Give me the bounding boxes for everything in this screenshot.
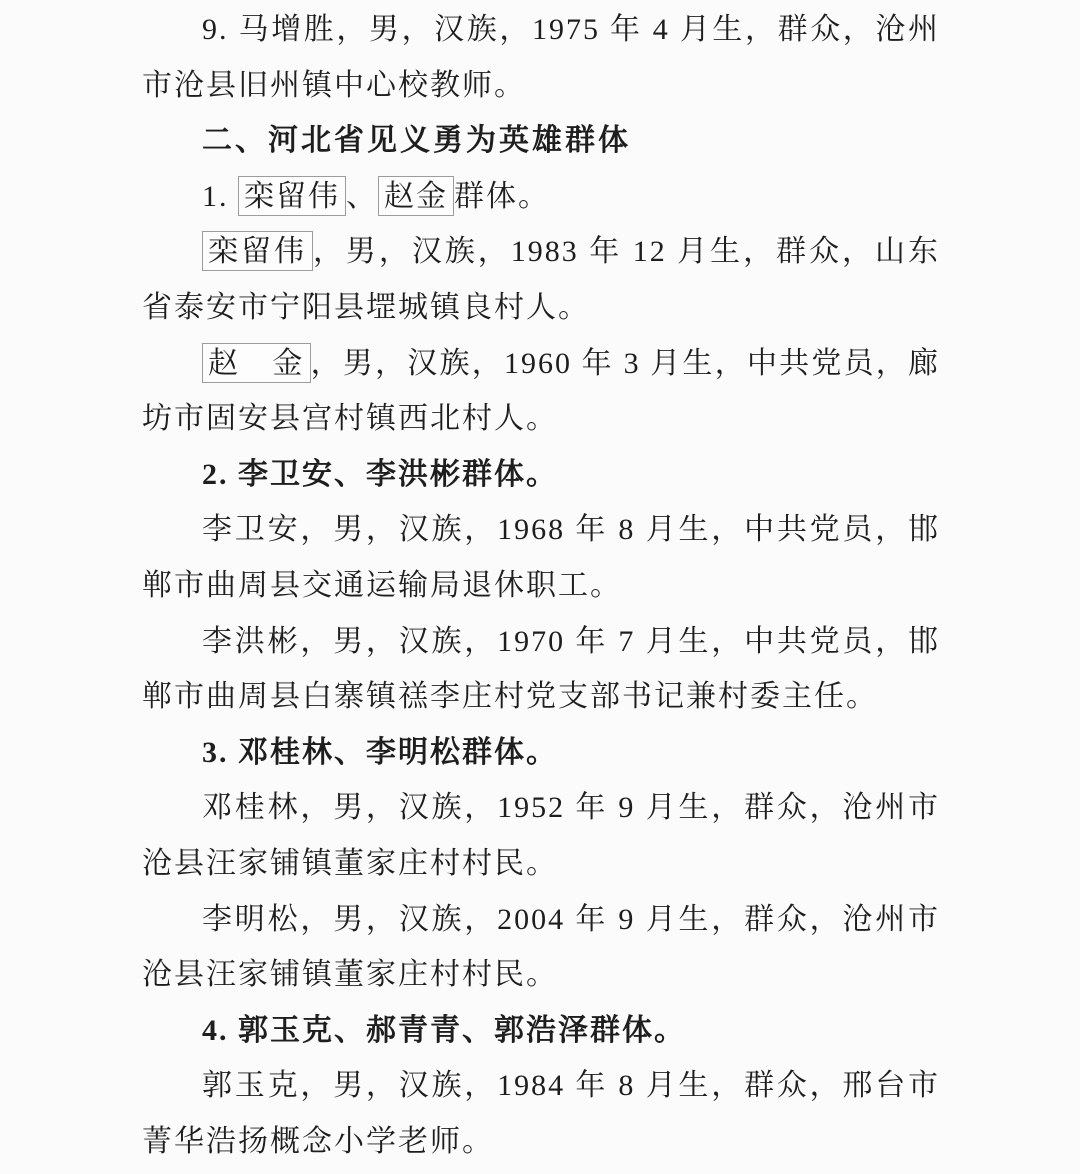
group1-title-suffix: 群体。 xyxy=(454,180,550,213)
paragraph-prev-item-9: 9. 马增胜，男，汉族，1975 年 4 月生，群众，沧州市沧县旧州镇中心校教师… xyxy=(142,2,940,113)
group1-title: 1. 栾留伟、赵金群体。 xyxy=(142,169,940,225)
document-page: 9. 马增胜，男，汉族，1975 年 4 月生，群众，沧州市沧县旧州镇中心校教师… xyxy=(0,0,1080,1174)
group1-person2-paragraph: 赵 金，男，汉族，1960 年 3 月生，中共党员，廊坊市固安县宫村镇西北村人。 xyxy=(142,336,940,447)
boxed-name-luanliuwei: 栾留伟 xyxy=(238,176,346,216)
group4-person1-paragraph: 郭玉克，男，汉族，1984 年 8 月生，群众，邢台市菁华浩扬概念小学老师。 xyxy=(142,1058,940,1169)
group2-title: 2. 李卫安、李洪彬群体。 xyxy=(142,447,940,503)
group4-title: 4. 郭玉克、郝青青、郭浩泽群体。 xyxy=(142,1003,940,1059)
group2-person1-paragraph: 李卫安，男，汉族，1968 年 8 月生，中共党员，邯郸市曲周县交通运输局退休职… xyxy=(142,502,940,613)
boxed-name-zhaojin: 赵 金 xyxy=(202,343,311,383)
group3-person2-paragraph: 李明松，男，汉族，2004 年 9 月生，群众，沧州市沧县汪家铺镇董家庄村村民。 xyxy=(142,892,940,1003)
boxed-name-luanliuwei: 栾留伟 xyxy=(202,231,313,271)
group1-title-prefix: 1. xyxy=(202,180,238,213)
group1-title-separator: 、 xyxy=(346,180,378,213)
group3-person1-paragraph: 邓桂林，男，汉族，1952 年 9 月生，群众，沧州市沧县汪家铺镇董家庄村村民。 xyxy=(142,780,940,891)
section-heading: 二、河北省见义勇为英雄群体 xyxy=(142,113,940,169)
boxed-name-zhaojin: 赵金 xyxy=(378,176,454,216)
group1-person1-paragraph: 栾留伟，男，汉族，1983 年 12 月生，群众，山东省泰安市宁阳县堽城镇良村人… xyxy=(142,224,940,335)
group2-person2-paragraph: 李洪彬，男，汉族，1970 年 7 月生，中共党员，邯郸市曲周县白寨镇禚李庄村党… xyxy=(142,614,940,725)
group3-title: 3. 邓桂林、李明松群体。 xyxy=(142,725,940,781)
